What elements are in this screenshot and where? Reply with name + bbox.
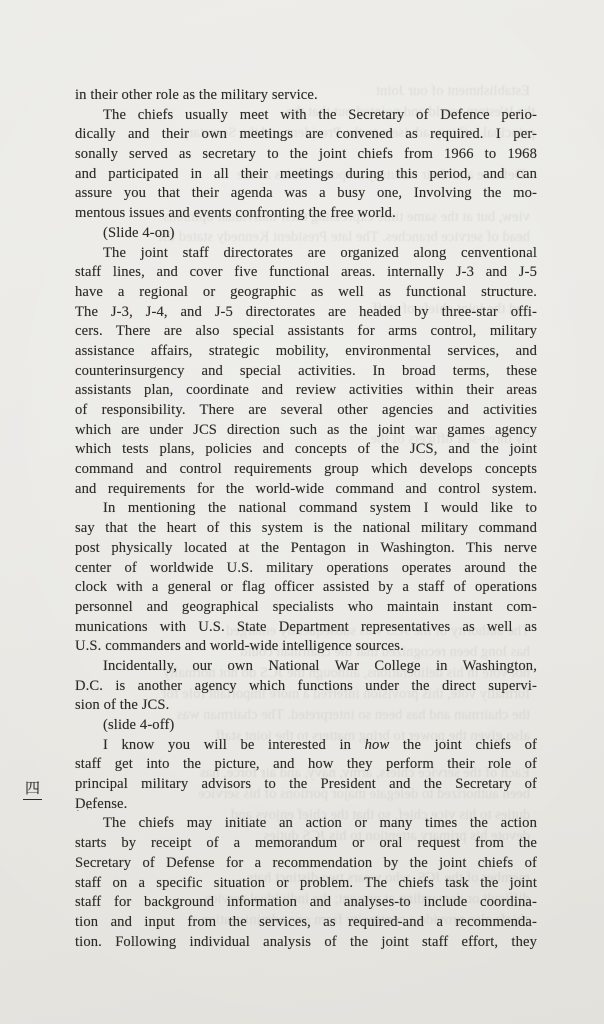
text-line: and participated in all their meetings d… [75, 165, 537, 185]
text-line: clock with a general or flag officer ass… [75, 578, 537, 598]
text-line: The J-3, J-4, and J-5 directorates are h… [75, 303, 537, 323]
text-line: staff on a specific situation or problem… [75, 874, 537, 894]
text-line: In mentioning the national command syste… [75, 499, 537, 519]
text-line: of responsibility. There are several oth… [75, 401, 537, 421]
text-line: say that the heart of this system is the… [75, 519, 537, 539]
text-line: which are under JCS direction such as th… [75, 421, 537, 441]
text-line: assure you that their agenda was a busy … [75, 184, 537, 204]
text-line: mentous issues and events confronting th… [75, 204, 537, 224]
text-line: cers. There are also special assistants … [75, 322, 537, 342]
text-line: Defense. [75, 795, 537, 815]
text-line: post physically located at the Pentagon … [75, 539, 537, 559]
text-line: center of worldwide U.S. military operat… [75, 559, 537, 579]
text-line: principal military advisors to the Presi… [75, 775, 537, 795]
ink-speck: · '' [76, 806, 94, 817]
text-line: tion and input from the services, as req… [75, 913, 537, 933]
text-line: staff get into the picture, and how they… [75, 755, 537, 775]
italic-word: how [365, 737, 390, 753]
text-line: and requirements for the world-wide comm… [75, 480, 537, 500]
text-line: assistance affairs, strategic mobility, … [75, 342, 537, 362]
text-line: command and control requirements group w… [75, 460, 537, 480]
document-page: Establishment of our Jointthe Western wo… [0, 0, 604, 1024]
text-line: (Slide 4-on) [75, 224, 537, 244]
text-line: Incidentally, our own National War Colle… [75, 657, 537, 677]
text-line: sonally served as secretary to the joint… [75, 145, 537, 165]
text-line: Secretary of Defense for a recommendatio… [75, 854, 537, 874]
text-line: starts by receipt of a memorandum or ora… [75, 834, 537, 854]
text-line: munications with U.S. State Department r… [75, 618, 537, 638]
text-line: staff lines, and cover five functional a… [75, 263, 537, 283]
text-line: The joint staff directorates are organiz… [75, 244, 537, 264]
text-line: in their other role as the military serv… [75, 86, 537, 106]
text-line: U.S. commanders and world-wide intellige… [75, 637, 537, 657]
text-line: I know you will be interested in how the… [75, 736, 537, 756]
text-line: The chiefs usually meet with the Secreta… [75, 106, 537, 126]
text-line: The chiefs may initiate an action or man… [75, 814, 537, 834]
text-line: tion. Following individual analysis of t… [75, 933, 537, 953]
text-line: D.C. is another agency which functions u… [75, 677, 537, 697]
text-line: dically and their own meetings are conve… [75, 125, 537, 145]
text-line: sion of the JCS. [75, 696, 537, 716]
text-line: (slide 4-off) [75, 716, 537, 736]
text-line: assistants plan, coordinate and review a… [75, 381, 537, 401]
text-line: personnel and geographical specialists w… [75, 598, 537, 618]
text-line: counterinsurgency and special activities… [75, 362, 537, 382]
text-line: which tests plans, policies and concepts… [75, 440, 537, 460]
text-block: in their other role as the military serv… [75, 86, 537, 952]
margin-page-number: 四 [23, 781, 42, 800]
text-line: staff for background information and ana… [75, 893, 537, 913]
text-line: have a regional or geographic as well as… [75, 283, 537, 303]
